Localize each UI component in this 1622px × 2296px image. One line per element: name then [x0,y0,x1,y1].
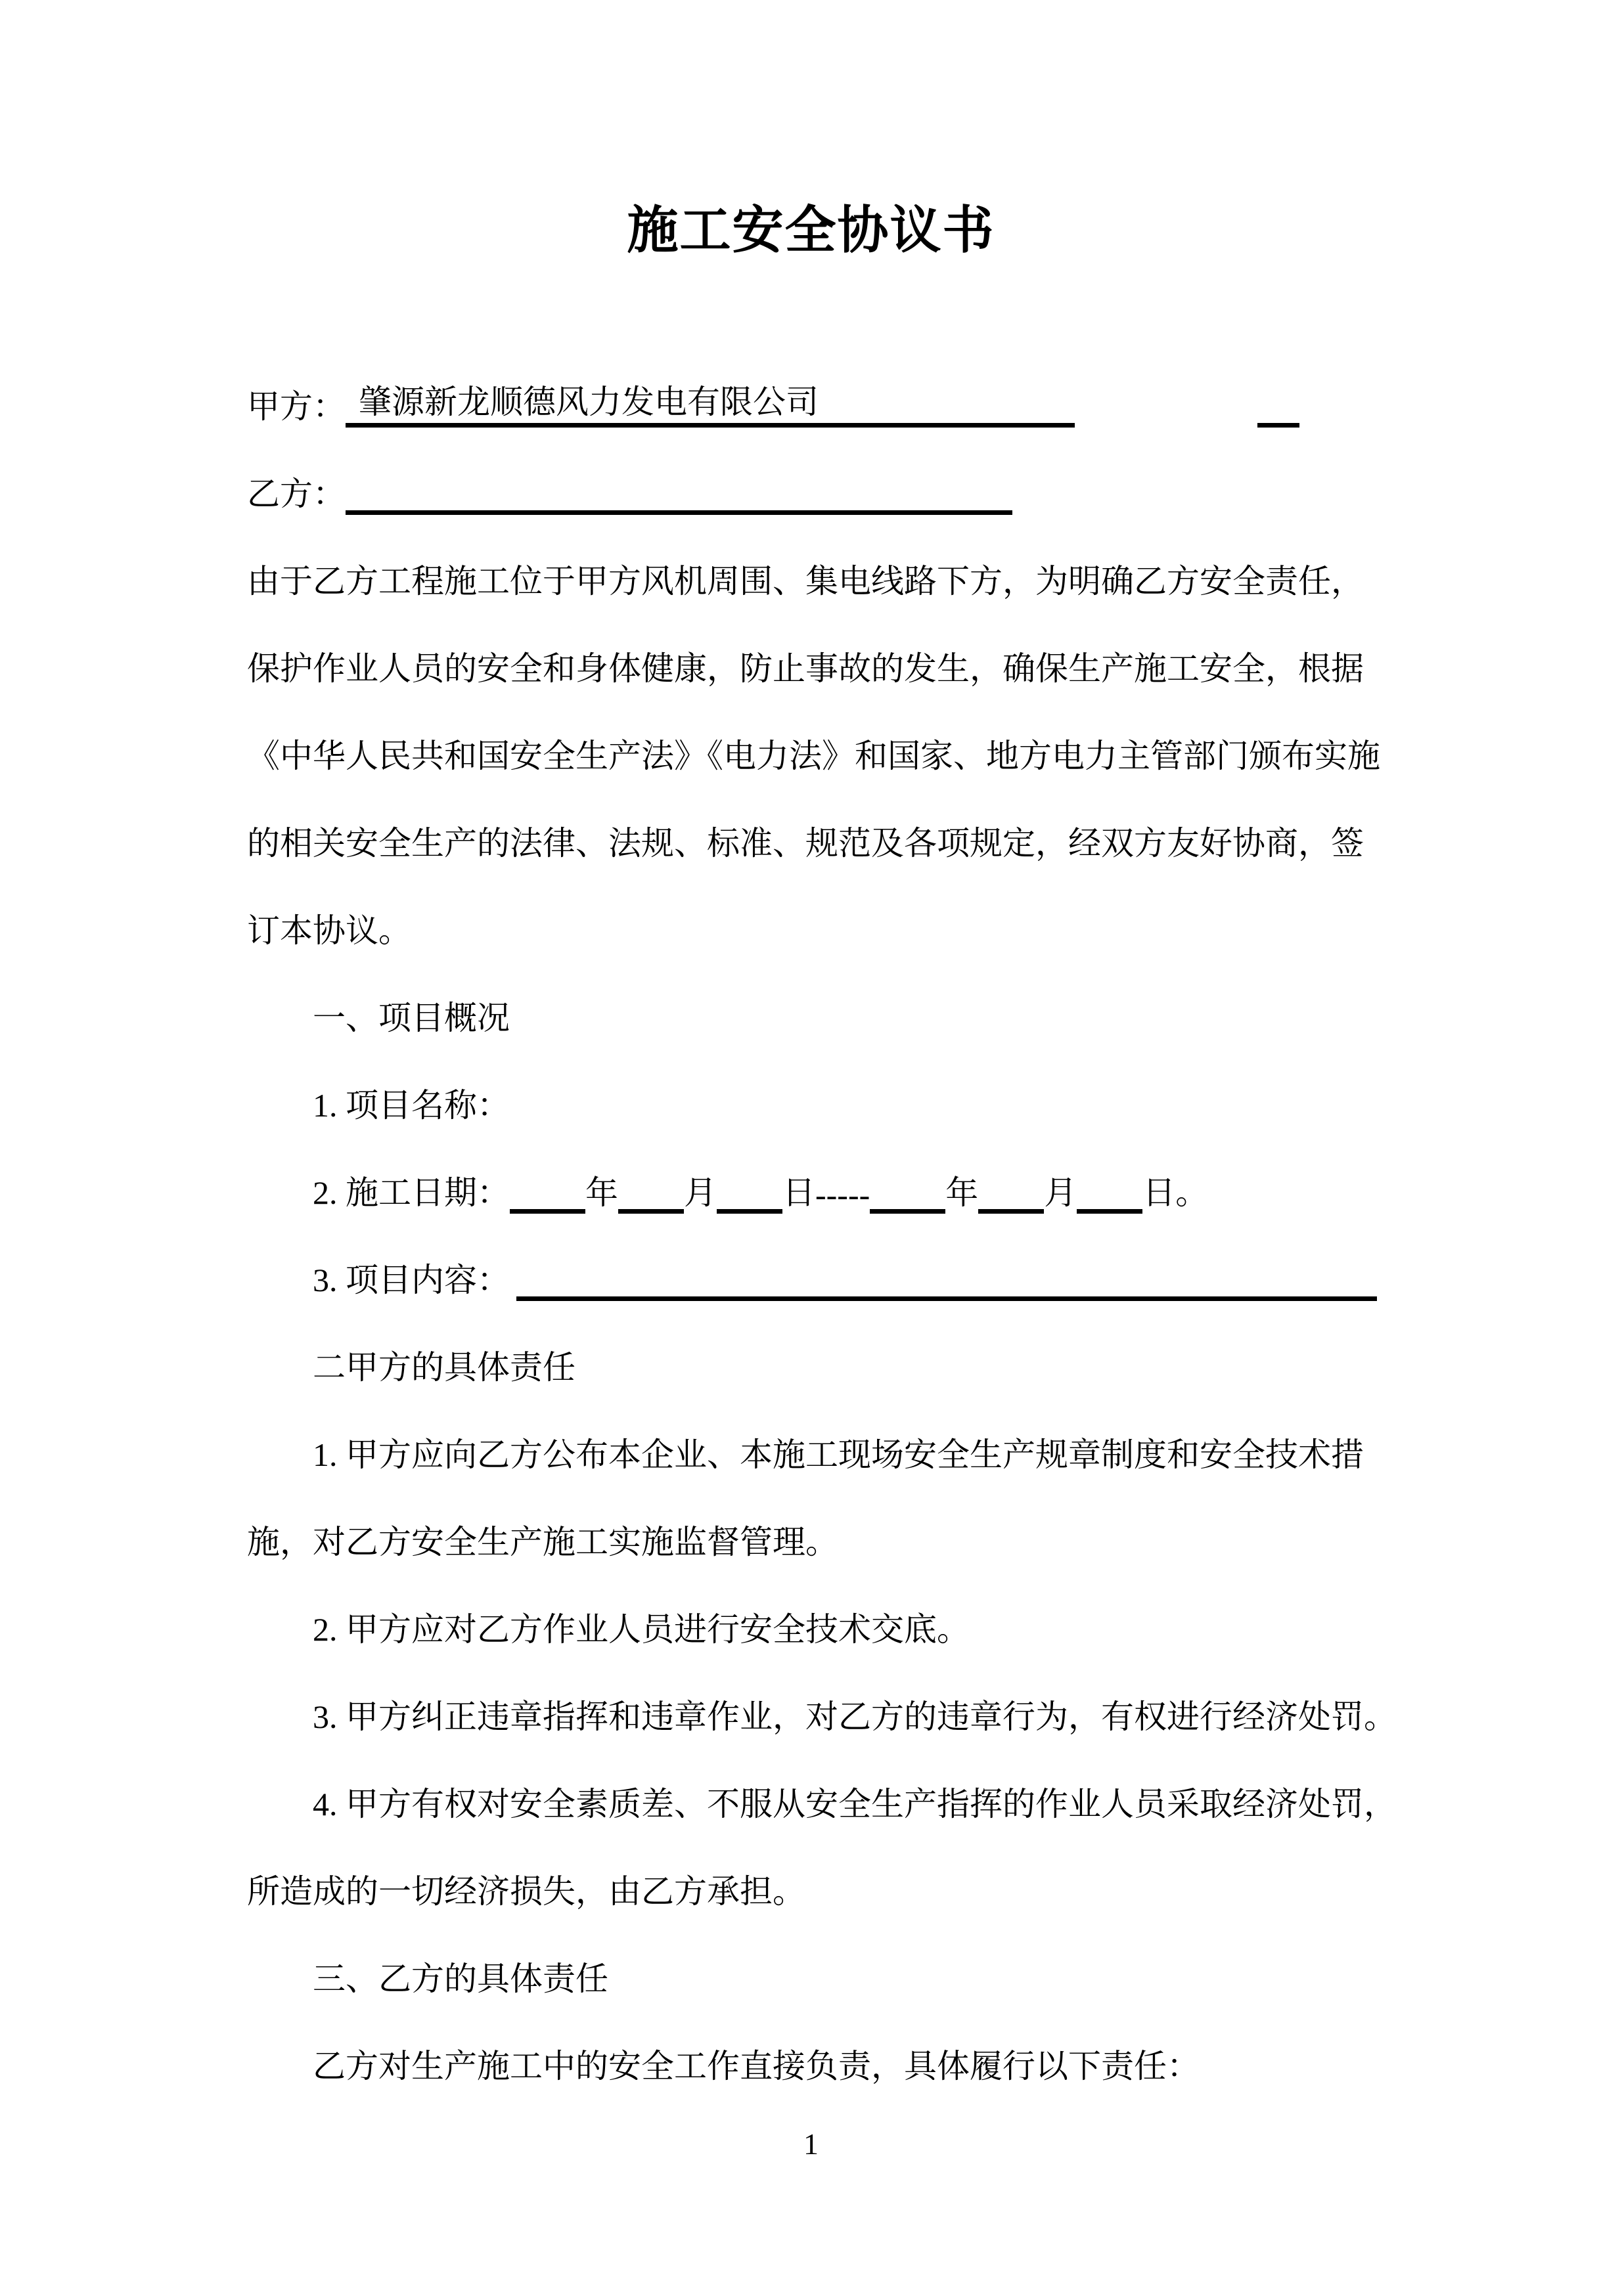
doc-line: 1. 项目名称： [247,1053,1377,1141]
party-a-line: 甲方：肇源新龙顺德风力发电有限公司 [247,355,1377,442]
doc-line-text: 施，对乙方安全生产施工实施监督管理。 [247,1516,838,1563]
doc-line-text: 1. 甲方应向乙方公布本企业、本施工现场安全生产规章制度和安全技术措 [313,1428,1364,1476]
doc-line: 3. 项目内容： [247,1228,1377,1315]
doc-line-text: 1. 项目名称： [313,1079,510,1126]
doc-line: 的相关安全生产的法律、法规、标准、规范及各项规定，经双方友好协商，签 [247,791,1377,879]
doc-line-text: 保护作业人员的安全和身体健康，防止事故的发生，确保生产施工安全，根据 [247,642,1364,690]
doc-line-text: 二甲方的具体责任 [313,1341,575,1388]
doc-line-text: 4. 甲方有权对安全素质差、不服从安全生产指挥的作业人员采取经济处罚， [313,1778,1397,1825]
date-unit-label: 年 [585,1166,618,1214]
underscore-mark [1257,423,1299,428]
date-unit-label: ----- [815,1176,870,1214]
party-b-line: 乙方： [247,442,1377,529]
party-b-line-value-underline [346,510,1012,515]
date-unit-label: 月 [684,1166,717,1214]
document-body: 甲方：肇源新龙顺德风力发电有限公司乙方：由于乙方工程施工位于甲方风机周围、集电线… [247,355,1377,2102]
doc-line: 三、乙方的具体责任 [247,1927,1377,2014]
doc-line: 所造成的一切经济损失，由乙方承担。 [247,1840,1377,1927]
date-unit-label: 月 [1044,1166,1077,1214]
doc-line-text: 三、乙方的具体责任 [313,1953,608,2000]
doc-line: 施，对乙方安全生产施工实施监督管理。 [247,1490,1377,1578]
doc-line-text: 订本协议。 [247,904,411,952]
doc-line: 4. 甲方有权对安全素质差、不服从安全生产指挥的作业人员采取经济处罚， [247,1752,1377,1840]
document-title: 施工安全协议书 [0,189,1622,263]
date-blank-field [618,1176,684,1214]
date-blank-field [1077,1176,1142,1214]
doc-line-text: 由于乙方工程施工位于甲方风机周围、集电线路下方，为明确乙方安全责任， [247,555,1364,602]
doc-line: 1. 甲方应向乙方公布本企业、本施工现场安全生产规章制度和安全技术措 [247,1403,1377,1490]
doc-line: 一、项目概况 [247,966,1377,1053]
date-blank-field [510,1176,585,1214]
doc-line-text: 一、项目概况 [313,992,510,1039]
party-a-line-label: 甲方： [247,380,346,428]
doc-line-text: 乙方对生产施工中的安全工作直接负责，具体履行以下责任： [313,2040,1200,2087]
page-number: 1 [0,2127,1622,2161]
doc-line: 3. 甲方纠正违章指挥和违章作业，对乙方的违章行为，有权进行经济处罚。 [247,1665,1377,1752]
doc-line: 《中华人民共和国安全生产法》《电力法》和国家、地方电力主管部门颁布实施 [247,704,1377,791]
doc-line-text: 3. 甲方纠正违章指挥和违章作业，对乙方的违章行为，有权进行经济处罚。 [313,1690,1397,1738]
date-unit-label: 日 [782,1166,815,1214]
doc-line-text: 《中华人民共和国安全生产法》《电力法》和国家、地方电力主管部门颁布实施 [247,730,1380,777]
content-blank-underline [516,1264,1377,1301]
doc-line: 订本协议。 [247,879,1377,966]
date-blank-field [717,1176,782,1214]
doc-line: 乙方对生产施工中的安全工作直接负责，具体履行以下责任： [247,2014,1377,2102]
doc-line: 2. 甲方应对乙方作业人员进行安全技术交底。 [247,1578,1377,1665]
party-b-line-label: 乙方： [247,468,346,515]
date-blank-field [870,1176,945,1214]
date-blank-field [978,1176,1044,1214]
doc-line: 保护作业人员的安全和身体健康，防止事故的发生，确保生产施工安全，根据 [247,617,1377,704]
date-unit-label: 日。 [1142,1166,1208,1214]
doc-line: 由于乙方工程施工位于甲方风机周围、集电线路下方，为明确乙方安全责任， [247,529,1377,617]
date-line-prefix: 2. 施工日期： [313,1166,510,1214]
doc-line: 2. 施工日期：年月日-----年月日。 [247,1141,1377,1228]
doc-line-text: 的相关安全生产的法律、法规、标准、规范及各项规定，经双方友好协商，签 [247,817,1364,864]
date-unit-label: 年 [945,1166,978,1214]
doc-line: 二甲方的具体责任 [247,1315,1377,1403]
party-a-line-value-underline: 肇源新龙顺德风力发电有限公司 [346,376,1075,428]
doc-line-text: 2. 甲方应对乙方作业人员进行安全技术交底。 [313,1603,970,1650]
document-page: 施工安全协议书 甲方：肇源新龙顺德风力发电有限公司乙方：由于乙方工程施工位于甲方… [0,0,1622,2296]
fill-line-prefix: 3. 项目内容： [313,1254,510,1301]
doc-line-text: 所造成的一切经济损失，由乙方承担。 [247,1865,805,1912]
